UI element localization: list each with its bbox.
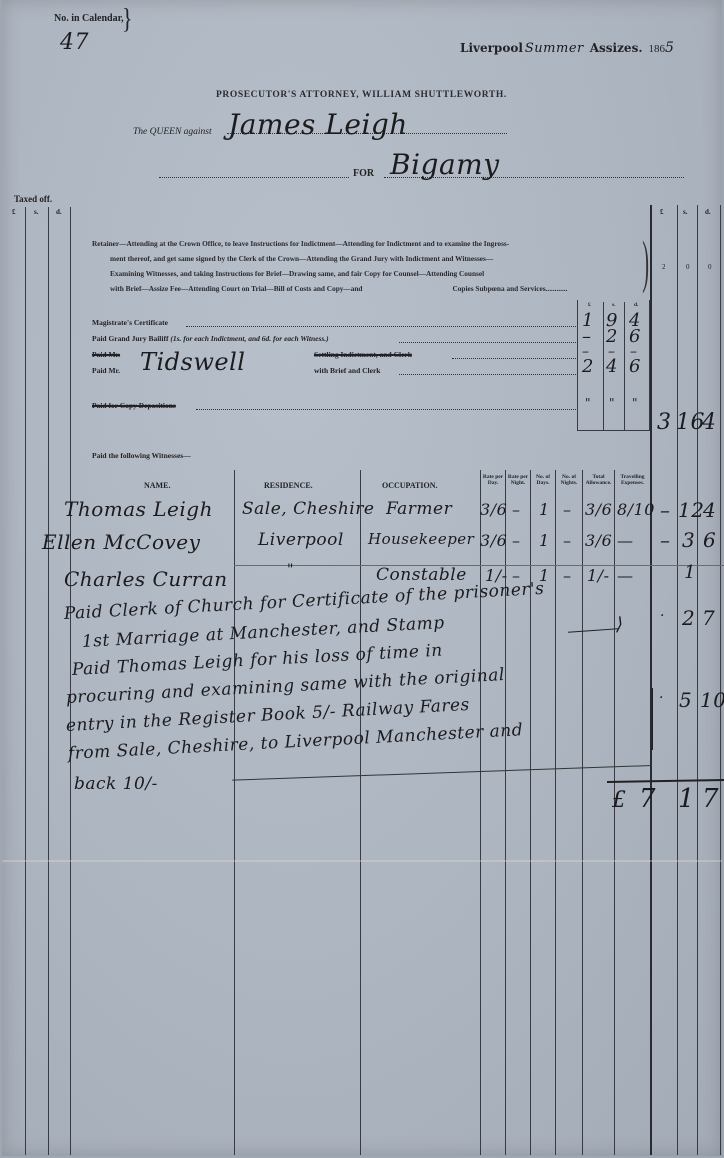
right-rule-1 xyxy=(650,205,652,1155)
paid-mr-struck-label: Paid Mr. xyxy=(92,350,120,359)
right-shillings-header: s. xyxy=(683,208,687,216)
disb-pence-header: d. xyxy=(634,302,638,308)
grand-jury-leader xyxy=(399,342,576,343)
taxed-off-shillings: s. xyxy=(34,208,38,216)
subtotal-pence: 4 xyxy=(702,410,717,435)
witness-occupation: Farmer xyxy=(386,499,452,519)
witness-occupation: Housekeeper xyxy=(368,530,474,548)
witness-rule-residence xyxy=(360,470,361,1155)
taxed-off-rule-2 xyxy=(48,207,49,1155)
note-line: back 10/- xyxy=(74,774,158,794)
tidswell-pence: 6 xyxy=(629,356,641,377)
witness-days: 1 xyxy=(539,500,550,519)
attorney-line: PROSECUTOR'S ATTORNEY, WILLIAM SHUTTLEWO… xyxy=(216,90,507,100)
witness-pence: 6 xyxy=(703,528,716,552)
retainer-line-4: with Brief—Assize Fee—Attending Court on… xyxy=(92,281,567,296)
witness-nights: – xyxy=(563,500,572,519)
witness-rate-night: – xyxy=(512,500,521,519)
offence: Bigamy xyxy=(390,148,500,181)
witness-shillings: 12 xyxy=(678,498,704,522)
queen-against-label: The QUEEN against xyxy=(133,127,212,137)
header-occupation: OCCUPATION. xyxy=(382,481,437,490)
witness-name: Ellen McCovey xyxy=(42,530,200,554)
calendar-brace: } xyxy=(122,2,133,36)
retainer-line-2: ment thereof, and get same signed by the… xyxy=(92,251,567,266)
disb-pounds-header: £ xyxy=(588,302,591,308)
grand-total-pounds: 7 xyxy=(639,784,656,814)
note-underline xyxy=(232,765,652,781)
disb-rule-4 xyxy=(649,300,650,430)
disb-rule-1 xyxy=(577,300,578,430)
witness-rate-day: 3/6 xyxy=(480,500,507,519)
grand-total-pence: 7 xyxy=(702,784,719,814)
witness-residence: Sale, Cheshire xyxy=(242,499,374,519)
retainer-pence: 0 xyxy=(708,263,712,271)
right-rule-4 xyxy=(720,205,721,1155)
retainer-line-1: Retainer—Attending at the Crown Office, … xyxy=(92,236,567,251)
witness-pounds: – xyxy=(660,528,671,552)
retainer-text: Retainer—Attending at the Crown Office, … xyxy=(92,236,567,296)
witness-rule-name xyxy=(234,470,235,1155)
witness-days: 1 xyxy=(539,531,550,550)
copy-pence: " xyxy=(632,396,638,410)
arrow-head-icon: ⟩ xyxy=(616,614,624,635)
retainer-brace: ) xyxy=(642,232,649,292)
witness-pence: 4 xyxy=(703,498,716,522)
witness-nights: – xyxy=(563,566,572,585)
header-name: NAME. xyxy=(144,481,170,490)
grand-total-rule xyxy=(607,779,724,783)
header-rate-night: Rate per Night. xyxy=(506,474,530,486)
grand-total-shillings: 1 xyxy=(678,784,695,814)
header-residence: RESIDENCE. xyxy=(264,481,313,490)
note-pence: 7 xyxy=(702,606,715,630)
right-rule-2 xyxy=(677,205,678,1155)
witness-total: 1/- xyxy=(587,566,609,585)
retainer-pounds: 2 xyxy=(662,263,666,271)
witness-name: Thomas Leigh xyxy=(64,497,213,521)
note-bracket xyxy=(652,688,653,750)
copy-pounds: " xyxy=(585,396,591,410)
assizes-year-hand: 5 xyxy=(665,40,674,56)
witness-occupation: Constable xyxy=(376,565,467,585)
calendar-number: 47 xyxy=(60,30,89,55)
header-days: No. of Days. xyxy=(531,474,555,486)
magistrate-leader xyxy=(186,326,576,327)
witness-travel: — xyxy=(617,531,634,550)
paper-fold-crease xyxy=(2,860,722,862)
taxed-off-label: Taxed off. xyxy=(14,194,52,204)
copy-shillings: " xyxy=(609,396,615,410)
witness-rule-days xyxy=(555,470,556,1155)
witness-nights: – xyxy=(563,531,572,550)
note-pence: 10 xyxy=(700,688,724,712)
witness-pounds: – xyxy=(660,498,671,522)
witness-residence: Liverpool xyxy=(258,530,344,550)
witness-total: 3/6 xyxy=(585,531,612,550)
witness-rate-day: 3/6 xyxy=(480,531,507,550)
retainer-shillings: 0 xyxy=(686,263,690,271)
witness-rule-rate-night xyxy=(530,470,531,1155)
disb-rule-2 xyxy=(603,302,604,430)
for-line-left xyxy=(159,177,349,178)
disb-rule-3 xyxy=(624,302,625,430)
witness-shillings: 1 xyxy=(684,562,696,583)
right-pounds-header: £ xyxy=(660,208,664,216)
settling-leader xyxy=(452,358,576,359)
legal-bill-of-costs-document: No. in Calendar, } 47 LiverpoolSummerAss… xyxy=(2,0,722,1156)
witness-name: Charles Curran xyxy=(64,567,228,591)
witness-rate-night: – xyxy=(512,531,521,550)
witness-rule-nights xyxy=(582,470,583,1155)
magistrate-certificate-label: Magistrate's Certificate xyxy=(92,318,168,327)
settling-indictment-struck: Settling Indictment, and Clerk xyxy=(314,350,412,359)
with-brief-label: with Brief and Clerk xyxy=(314,366,380,375)
witness-rule-occupation xyxy=(480,470,481,1155)
right-pence-header: d. xyxy=(705,208,711,216)
witness-shillings: 3 xyxy=(682,528,695,552)
grand-jury-note: (1s. for each Indictment, and 6d. for ea… xyxy=(170,334,328,343)
with-brief-leader xyxy=(399,374,576,375)
right-rule-3 xyxy=(697,205,698,1155)
witness-travel: 8/10 xyxy=(617,500,655,519)
paid-mr-label: Paid Mr. xyxy=(92,366,120,375)
assizes-year: 186 xyxy=(649,43,666,55)
paid-mr-payee: Tidswell xyxy=(140,348,245,376)
grand-total-currency: £ xyxy=(612,788,627,813)
disb-box-bottom xyxy=(577,430,650,431)
note-shillings: 5 xyxy=(679,688,692,712)
note-pounds: · xyxy=(659,690,664,706)
retainer-line-4b: Copies Subpœna and Services............ xyxy=(453,284,568,293)
defendant-name: James Leigh xyxy=(228,108,408,141)
taxed-off-pounds: £ xyxy=(12,208,16,216)
witness-residence: " xyxy=(287,562,294,578)
subtotal-pounds: 3 xyxy=(657,410,672,435)
header-total: Total Allowance. xyxy=(583,474,614,486)
taxed-off-pence: d. xyxy=(56,208,62,216)
witnesses-title: Paid the following Witnesses— xyxy=(92,451,191,460)
header-travel: Travelling Expenses. xyxy=(615,474,650,486)
calendar-label: No. in Calendar, xyxy=(54,13,124,24)
retainer-line-3: Examining Witnesses, and taking Instruct… xyxy=(92,266,567,281)
assizes-label: Assizes. xyxy=(590,41,643,55)
taxed-off-rule-3 xyxy=(70,207,71,1155)
assizes-place: Liverpool xyxy=(460,41,523,55)
tidswell-pounds: 2 xyxy=(582,356,594,377)
note-shillings: 2 xyxy=(682,606,695,630)
note-arrow xyxy=(568,628,618,632)
witness-travel: — xyxy=(617,566,634,585)
copy-depositions-leader xyxy=(196,409,576,410)
witness-total: 3/6 xyxy=(585,500,612,519)
subtotal-shillings: 16 xyxy=(676,410,705,435)
retainer-line-4a: with Brief—Assize Fee—Attending Court on… xyxy=(110,284,363,293)
header-rate-day: Rate per Day. xyxy=(481,474,505,486)
disb-shillings-header: s. xyxy=(612,302,616,308)
witness-fold-line xyxy=(234,565,724,566)
header-nights: No. of Nights. xyxy=(556,474,582,486)
copy-depositions-struck: Paid for Copy Depositions xyxy=(92,401,176,410)
tidswell-shillings: 4 xyxy=(606,356,618,377)
note-pounds: · xyxy=(660,608,665,624)
taxed-off-rule-1 xyxy=(25,207,26,1155)
grand-jury-text: Paid Grand Jury Bailiff xyxy=(92,334,168,343)
grand-jury-label: Paid Grand Jury Bailiff (1s. for each In… xyxy=(92,334,329,343)
assizes-line: LiverpoolSummerAssizes. 1865 xyxy=(460,40,674,56)
assizes-session: Summer xyxy=(525,41,584,56)
for-label: FOR xyxy=(353,168,374,179)
